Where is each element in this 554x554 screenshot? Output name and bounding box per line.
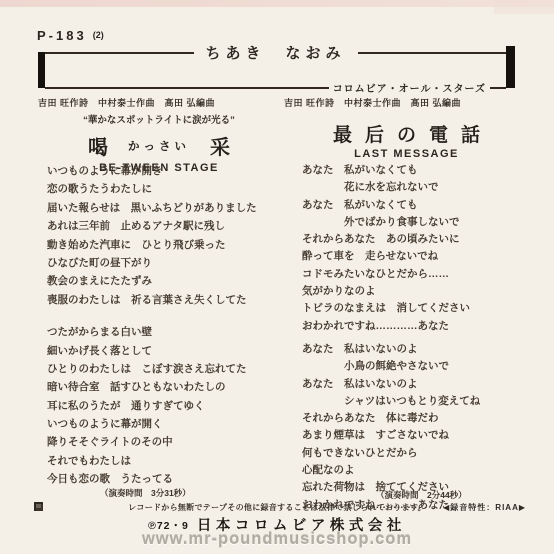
left-song-duration: （演奏時間 3分31秒） bbox=[100, 487, 191, 499]
lyric-line: 恋の歌うたうわたしに bbox=[47, 180, 297, 198]
rule-segment bbox=[490, 87, 506, 89]
lyric-line bbox=[47, 309, 297, 323]
lyric-line: 今日も恋の歌 うたってる bbox=[47, 470, 297, 488]
catalog-number: P-183(2) bbox=[37, 28, 104, 43]
lyric-line: いつものように幕が開く bbox=[47, 415, 297, 433]
scan-corner-tint bbox=[494, 0, 554, 14]
lyric-line: 心配なのよ bbox=[302, 462, 552, 479]
left-song-credits: 吉田 旺作詩 中村泰士作曲 高田 弘編曲 bbox=[38, 96, 280, 109]
rule-segment bbox=[358, 52, 507, 54]
right-song-lyrics: あなた 私がいなくても 花に水を忘れないであなた 私がいなくても 外でばかり食事… bbox=[302, 162, 552, 514]
lyric-line: それからあなた 体に毒だわ bbox=[302, 410, 552, 427]
lyric-line: 耳に私のうたが 通りすぎてゆく bbox=[47, 397, 297, 415]
lyric-line: 小鳥の餌絶やさないで bbox=[302, 358, 552, 375]
lyric-line: シャツはいつもとり変えてね bbox=[302, 393, 552, 410]
artist-rule: ちあき なおみ bbox=[45, 44, 506, 61]
recording-spec: ◀録音特性：RIAA▶ bbox=[443, 502, 526, 513]
lyric-line: 暗い待合室 話すひともないわたしの bbox=[47, 378, 297, 396]
lyric-line: つたがからまる白い壁 bbox=[47, 323, 297, 341]
lyric-line: あまり煙草は すごさないでね bbox=[302, 427, 552, 444]
lyric-line: あなた 私がいなくても bbox=[302, 197, 552, 214]
lyric-line: 動き始めた汽車に ひとり飛び乗った bbox=[47, 236, 297, 254]
lyric-line: おわかれですね…………あなた bbox=[302, 318, 552, 335]
lyric-line: 酔って車を 走らせないでね bbox=[302, 248, 552, 265]
catalog-suffix: (2) bbox=[93, 30, 104, 40]
lyric-line: あれは三年前 止めるアナタ駅に残し bbox=[47, 217, 297, 235]
title-kanji-2: 采 bbox=[210, 131, 230, 160]
lyric-line: あなた 私はいないのよ bbox=[302, 376, 552, 393]
lyric-line: ひなびた町の昼下がり bbox=[47, 254, 297, 272]
lyric-line: 花に水を忘れないで bbox=[302, 179, 552, 196]
left-song-title: 喝 かっさい 采 bbox=[38, 131, 280, 160]
right-song-title: 最后の電話 bbox=[284, 120, 529, 147]
right-song-credits: 吉田 旺作詩 中村泰士作曲 高田 弘編曲 bbox=[284, 96, 529, 109]
lyric-line: ひとりのわたしは こぼす涙さえ忘れてた bbox=[47, 360, 297, 378]
lyric-line: いつものように幕が開き bbox=[47, 162, 297, 180]
lyric-line: 外でばかり食事しないで bbox=[302, 214, 552, 231]
frame-bar-right bbox=[506, 46, 515, 88]
left-song-lyrics: いつものように幕が開き恋の歌うたうわたしに届いた報らせは 黒いふちどりがありまし… bbox=[47, 162, 297, 489]
lyric-line: 細いかげ長く落として bbox=[47, 342, 297, 360]
lyric-line: それからあなた あの頃みたいに bbox=[302, 231, 552, 248]
lyric-line: 気がかりなのよ bbox=[302, 283, 552, 300]
lyric-line: 喪服のわたしは 祈る言葉さえ失くしてた bbox=[47, 291, 297, 309]
lyric-line: 届いた報らせは 黒いふちどりがありました bbox=[47, 199, 297, 217]
rule-segment bbox=[45, 87, 329, 89]
lyric-line: あなた 私がいなくても bbox=[302, 162, 552, 179]
title-furigana: かっさい bbox=[128, 138, 190, 154]
ensemble-name: コロムビア・オール・スターズ bbox=[329, 80, 490, 95]
left-song-tagline: “華かなスポットライトに涙が光る” bbox=[38, 112, 280, 126]
title-kanji-1: 喝 bbox=[88, 131, 108, 160]
rule-segment bbox=[45, 52, 194, 54]
catalog-number-text: P-183 bbox=[37, 28, 87, 43]
lyric-line: 何もできないひとだから bbox=[302, 445, 552, 462]
right-song-duration: （演奏時間 2分44秒） bbox=[376, 489, 467, 501]
artist-name: ちあき なおみ bbox=[194, 42, 358, 63]
shop-watermark: www.mr-poundmusicshop.com bbox=[0, 530, 554, 549]
lyric-line: 教会のまえにたたずみ bbox=[47, 272, 297, 290]
right-song-header: 吉田 旺作詩 中村泰士作曲 高田 弘編曲 最后の電話 LAST MESSAGE bbox=[284, 96, 529, 160]
ensemble-rule: コロムビア・オール・スターズ bbox=[45, 80, 506, 95]
record-sleeve-back: P-183(2) ちあき なおみ コロムビア・オール・スターズ 吉田 旺作詩 中… bbox=[0, 0, 554, 554]
scan-edge-strip bbox=[0, 0, 554, 7]
lyric-line: 降りそそぐライトのその中 bbox=[47, 433, 297, 451]
lyric-line: コドモみたいなひとだから…… bbox=[302, 266, 552, 283]
lyric-line: トビラのなまえは 消してください bbox=[302, 300, 552, 317]
frame-bar-left bbox=[38, 52, 45, 88]
lyric-line: あなた 私はいないのよ bbox=[302, 341, 552, 358]
right-song-title-en: LAST MESSAGE bbox=[284, 148, 529, 160]
lyric-line: それでもわたしは bbox=[47, 452, 297, 470]
